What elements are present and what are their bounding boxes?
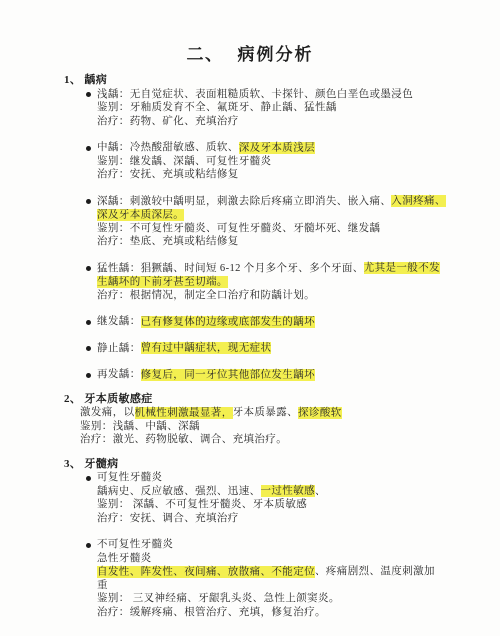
text-segment: 治疗：安抚、充填或粘结修复 <box>97 169 239 180</box>
text-line: 鉴别：继发龋、深龋、可复性牙髓炎 <box>97 155 472 169</box>
highlighted-text: 生龋坏的下前牙甚至切端。 <box>97 276 228 288</box>
text-segment: 治疗：根据情况，制定全口治疗和防龋计划。 <box>97 290 315 301</box>
content-block: 可复性牙髓炎龋病史、反应敏感、强烈、迅速、一过性敏感、鉴别： 深龋、不可复性牙髓… <box>64 471 472 525</box>
sections: 1、龋病浅龋：无自觉症状、表面粗糙质软、卡探针、颜色白垩色或墨浸色鉴别：牙釉质发… <box>0 74 500 619</box>
section: 2、牙本质敏感症激发痛，以机械性刺激最显著，牙本质暴露、探诊酸软鉴别：浅龋、中龋… <box>64 393 472 447</box>
bullet-icon <box>86 199 91 204</box>
text-line: 治疗：药物、矿化、充填治疗 <box>97 115 472 129</box>
bullet-icon <box>86 346 91 351</box>
document-page: 二、病例分析 1、龋病浅龋：无自觉症状、表面粗糙质软、卡探针、颜色白垩色或墨浸色… <box>0 0 500 636</box>
section-heading: 2、牙本质敏感症 <box>64 393 472 407</box>
section-title: 牙本质敏感症 <box>84 393 152 405</box>
text-line: 激发痛，以机械性刺激最显著，牙本质暴露、探诊酸软 <box>80 406 472 420</box>
text-line: 治疗：安抚、调合、充填治疗 <box>97 512 472 526</box>
content-block: 深龋：刺激较中龋明显，刺激去除后疼痛立即消失、嵌入痛、入洞疼痛、深及牙本质深层。… <box>64 195 472 249</box>
text-line: 鉴别：不可复性牙髓炎、可复性牙髓炎、牙髓坏死、继发龋 <box>97 222 472 236</box>
text-segment: 猛性龋：猖獗龋、时间短 6-12 个月多个牙、多个牙面、 <box>97 263 364 274</box>
text-segment: 鉴别：不可复性牙髓炎、可复性牙髓炎、牙髓坏死、继发龋 <box>97 223 380 234</box>
section-title: 牙髓病 <box>84 458 118 470</box>
highlighted-text: 机械性刺激最显著， <box>135 407 233 419</box>
content-block: 静止龋：曾有过中龋症状，现无症状 <box>64 342 472 356</box>
bullet-icon <box>86 476 91 481</box>
bullet-icon <box>86 543 91 548</box>
title-number: 二、 <box>187 45 224 64</box>
text-segment: 鉴别：浅龋、中龋、深龋 <box>80 421 200 432</box>
text-segment: 、 <box>315 486 326 497</box>
text-line: 中龋：冷热酸甜敏感、质软、深及牙本质浅层 <box>97 141 472 155</box>
text-line: 急性牙髓炎 <box>97 552 472 566</box>
text-line: 静止龋：曾有过中龋症状，现无症状 <box>97 342 472 356</box>
text-segment: 治疗：垫底、充填或粘结修复 <box>97 236 239 247</box>
text-line: 自发性、阵发性、夜间痛、放散痛、不能定位、疼痛剧烈、温度刺激加 <box>97 565 472 579</box>
page-title: 二、病例分析 <box>0 40 500 65</box>
content-block: 激发痛，以机械性刺激最显著，牙本质暴露、探诊酸软鉴别：浅龋、中龋、深龋治疗：激光… <box>64 406 472 447</box>
bullet-icon <box>86 373 91 378</box>
text-line: 继发龋：已有修复体的边缘或底部发生的龋坏 <box>97 315 472 329</box>
text-segment: 急性牙髓炎 <box>97 553 152 564</box>
content-block: 再发龋：修复后，同一牙位其他部位发生龋坏 <box>64 368 472 382</box>
text-segment: 重 <box>97 580 108 591</box>
section: 1、龋病浅龋：无自觉症状、表面粗糙质软、卡探针、颜色白垩色或墨浸色鉴别：牙釉质发… <box>64 74 472 382</box>
text-line: 生龋坏的下前牙甚至切端。 <box>97 275 472 289</box>
highlighted-text: 入洞疼痛、 <box>391 195 446 207</box>
text-segment: 鉴别： 深龋、不可复性牙髓炎、牙本质敏感 <box>97 499 307 510</box>
text-segment: 鉴别：继发龋、深龋、可复性牙髓炎 <box>97 156 271 167</box>
bullet-icon <box>86 92 91 97</box>
text-line: 重 <box>97 579 472 593</box>
text-segment: 可复性牙髓炎 <box>97 472 162 483</box>
text-segment: 鉴别：牙釉质发育不全、氟斑牙、静止龋、猛性龋 <box>97 102 337 113</box>
content-block: 继发龋：已有修复体的边缘或底部发生的龋坏 <box>64 315 472 329</box>
content-block: 浅龋：无自觉症状、表面粗糙质软、卡探针、颜色白垩色或墨浸色鉴别：牙釉质发育不全、… <box>64 88 472 129</box>
text-line: 治疗：安抚、充填或粘结修复 <box>97 168 472 182</box>
highlighted-text: 一过性敏感 <box>261 485 316 497</box>
content-block: 中龋：冷热酸甜敏感、质软、深及牙本质浅层鉴别：继发龋、深龋、可复性牙髓炎治疗：安… <box>64 141 472 182</box>
text-segment: 中龋：冷热酸甜敏感、质软、 <box>97 142 239 153</box>
text-line: 治疗：缓解疼痛、根管治疗、充填，修复治疗。 <box>97 606 472 620</box>
highlighted-text: 探诊酸软 <box>298 407 342 419</box>
highlighted-text: 已有修复体的边缘或底部发生的龋坏 <box>141 316 315 328</box>
section-number: 2、 <box>64 393 81 405</box>
text-line: 治疗：激光、药物脱敏、调合、充填治疗。 <box>80 433 472 447</box>
section: 3、牙髓病可复性牙髓炎龋病史、反应敏感、强烈、迅速、一过性敏感、鉴别： 深龋、不… <box>64 458 472 620</box>
text-line: 治疗：垫底、充填或粘结修复 <box>97 235 472 249</box>
highlighted-text: 深及牙本质浅层 <box>239 142 315 154</box>
text-segment: 激发痛，以 <box>80 407 135 418</box>
title-text: 病例分析 <box>238 45 314 64</box>
highlighted-text: 自发性、阵发性、夜间痛、放散痛、不能定位 <box>97 566 315 578</box>
text-segment: 鉴别： 三叉神经痛、牙龈乳头炎、急性上颌窦炎。 <box>97 593 340 604</box>
text-line: 鉴别：牙釉质发育不全、氟斑牙、静止龋、猛性龋 <box>97 101 472 115</box>
section-number: 3、 <box>64 458 81 470</box>
text-line: 鉴别： 三叉神经痛、牙龈乳头炎、急性上颌窦炎。 <box>97 592 472 606</box>
text-line: 再发龋：修复后，同一牙位其他部位发生龋坏 <box>97 368 472 382</box>
text-line: 猛性龋：猖獗龋、时间短 6-12 个月多个牙、多个牙面、尤其是一般不发 <box>97 262 472 276</box>
text-segment: 再发龋： <box>97 369 141 380</box>
bullet-icon <box>86 266 91 271</box>
text-segment: 牙本质暴露、 <box>233 407 298 418</box>
section-number: 1、 <box>64 74 81 86</box>
text-segment: 治疗：安抚、调合、充填治疗 <box>97 513 239 524</box>
text-segment: 龋病史、反应敏感、强烈、迅速、 <box>97 486 261 497</box>
content-block: 不可复性牙髓炎急性牙髓炎自发性、阵发性、夜间痛、放散痛、不能定位、疼痛剧烈、温度… <box>64 538 472 619</box>
text-segment: 、疼痛剧烈、温度刺激加 <box>315 566 435 577</box>
bullet-icon <box>86 320 91 325</box>
highlighted-text: 深及牙本质深层。 <box>97 209 184 221</box>
section-title: 龋病 <box>84 74 107 86</box>
text-line: 治疗：根据情况，制定全口治疗和防龋计划。 <box>97 289 472 303</box>
content-block: 猛性龋：猖獗龋、时间短 6-12 个月多个牙、多个牙面、尤其是一般不发生龋坏的下… <box>64 262 472 303</box>
highlighted-text: 曾有过中龋症状，现无症状 <box>141 342 272 354</box>
text-segment: 治疗：药物、矿化、充填治疗 <box>97 116 239 127</box>
text-line: 龋病史、反应敏感、强烈、迅速、一过性敏感、 <box>97 485 472 499</box>
text-segment: 治疗：激光、药物脱敏、调合、充填治疗。 <box>80 434 287 445</box>
text-line: 深及牙本质深层。 <box>97 208 472 222</box>
text-line: 不可复性牙髓炎 <box>97 538 472 552</box>
text-segment: 静止龋： <box>97 343 141 354</box>
text-line: 深龋：刺激较中龋明显，刺激去除后疼痛立即消失、嵌入痛、入洞疼痛、 <box>97 195 472 209</box>
text-segment: 不可复性牙髓炎 <box>97 539 173 550</box>
text-segment: 继发龋： <box>97 316 141 327</box>
highlighted-text: 修复后，同一牙位其他部位发生龋坏 <box>141 369 315 381</box>
text-line: 可复性牙髓炎 <box>97 471 472 485</box>
text-line: 鉴别：浅龋、中龋、深龋 <box>80 420 472 434</box>
section-heading: 3、牙髓病 <box>64 458 472 472</box>
text-line: 浅龋：无自觉症状、表面粗糙质软、卡探针、颜色白垩色或墨浸色 <box>97 88 472 102</box>
section-heading: 1、龋病 <box>64 74 472 88</box>
text-segment: 深龋：刺激较中龋明显，刺激去除后疼痛立即消失、嵌入痛、 <box>97 196 391 207</box>
text-line: 鉴别： 深龋、不可复性牙髓炎、牙本质敏感 <box>97 498 472 512</box>
text-segment: 治疗：缓解疼痛、根管治疗、充填，修复治疗。 <box>97 607 326 618</box>
bullet-icon <box>86 146 91 151</box>
text-segment: 浅龋：无自觉症状、表面粗糙质软、卡探针、颜色白垩色或墨浸色 <box>97 89 413 100</box>
highlighted-text: 尤其是一般不发 <box>364 262 440 274</box>
